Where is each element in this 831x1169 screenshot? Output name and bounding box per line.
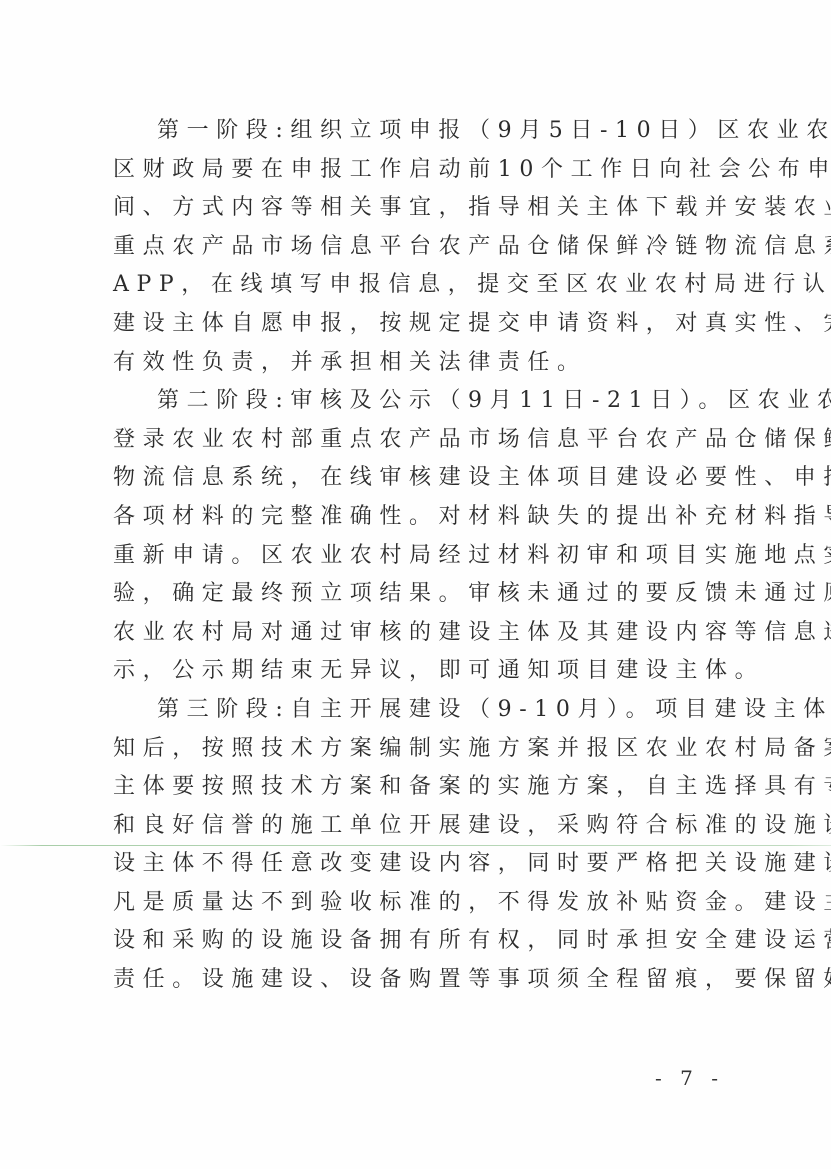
paragraph-stage-1-line-1: 第一阶段:组织立项申报（9月5日-10日）区农业农村局、	[113, 112, 733, 151]
paragraph-stage-2-line-8: 示，公示期结束无异议，即可通知项目建设主体。	[113, 652, 733, 691]
paragraph-stage-2-line-6: 验，确定最终预立项结果。审核未通过的要反馈未通过原因。区	[113, 575, 733, 614]
paragraph-stage-3-line-2: 知后，按照技术方案编制实施方案并报区农业农村局备案。建设	[113, 730, 733, 769]
paragraph-stage-3-line-7: 设和采购的设施设备拥有所有权，同时承担安全建设运营的主要	[113, 922, 733, 961]
document-body: 第一阶段:组织立项申报（9月5日-10日）区农业农村局、 区财政局要在申报工作启…	[113, 112, 733, 1000]
paragraph-stage-3-line-3: 主体要按照技术方案和备案的实施方案，自主选择具有专业资格	[113, 768, 733, 807]
paragraph-stage-2-line-1: 第二阶段:审核及公示（9月11日-21日）。区农业农村局	[113, 382, 733, 421]
paragraph-stage-1-line-7: 有效性负责，并承担相关法律责任。	[113, 344, 733, 383]
document-page: 第一阶段:组织立项申报（9月5日-10日）区农业农村局、 区财政局要在申报工作启…	[0, 0, 831, 1169]
paragraph-stage-2-line-2: 登录农业农村部重点农产品市场信息平台农产品仓储保鲜冷链	[113, 421, 733, 460]
paragraph-stage-1-line-2: 区财政局要在申报工作启动前10个工作日向社会公布申报时	[113, 151, 733, 190]
paragraph-stage-2-line-5: 重新申请。区农业农村局经过材料初审和项目实施地点实地勘	[113, 537, 733, 576]
paragraph-stage-3-line-5: 设主体不得任意改变建设内容，同时要严格把关设施建设质量，	[113, 845, 733, 884]
paragraph-stage-3-line-4: 和良好信誉的施工单位开展建设，采购符合标准的设施设备。建	[113, 807, 733, 846]
paragraph-stage-2-line-4: 各项材料的完整准确性。对材料缺失的提出补充材料指导，完成	[113, 498, 733, 537]
scan-artifact-line	[0, 845, 831, 846]
paragraph-stage-3-line-1: 第三阶段:自主开展建设（9-10月）。项目建设主体接到通	[113, 691, 733, 730]
page-number: - 7 -	[655, 1066, 724, 1090]
paragraph-stage-2-line-3: 物流信息系统，在线审核建设主体项目建设必要性、申报信息及	[113, 459, 733, 498]
paragraph-stage-1-line-6: 建设主体自愿申报，按规定提交申请资料，对真实性、完整性和	[113, 305, 733, 344]
paragraph-stage-1-line-3: 间、方式内容等相关事宜，指导相关主体下载并安装农业农村部	[113, 189, 733, 228]
paragraph-stage-3-line-8: 责任。设施建设、设备购置等事项须全程留痕，要保留好合同、	[113, 961, 733, 1000]
paragraph-stage-3-line-6: 凡是质量达不到验收标准的，不得发放补贴资金。建设主体对建	[113, 884, 733, 923]
paragraph-stage-1-line-4: 重点农产品市场信息平台农产品仓储保鲜冷链物流信息系统	[113, 228, 733, 267]
paragraph-stage-1-line-5: APP，在线填写申报信息，提交至区农业农村局进行认证审核。	[113, 266, 733, 305]
paragraph-stage-2-line-7: 农业农村局对通过审核的建设主体及其建设内容等信息进行公	[113, 614, 733, 653]
